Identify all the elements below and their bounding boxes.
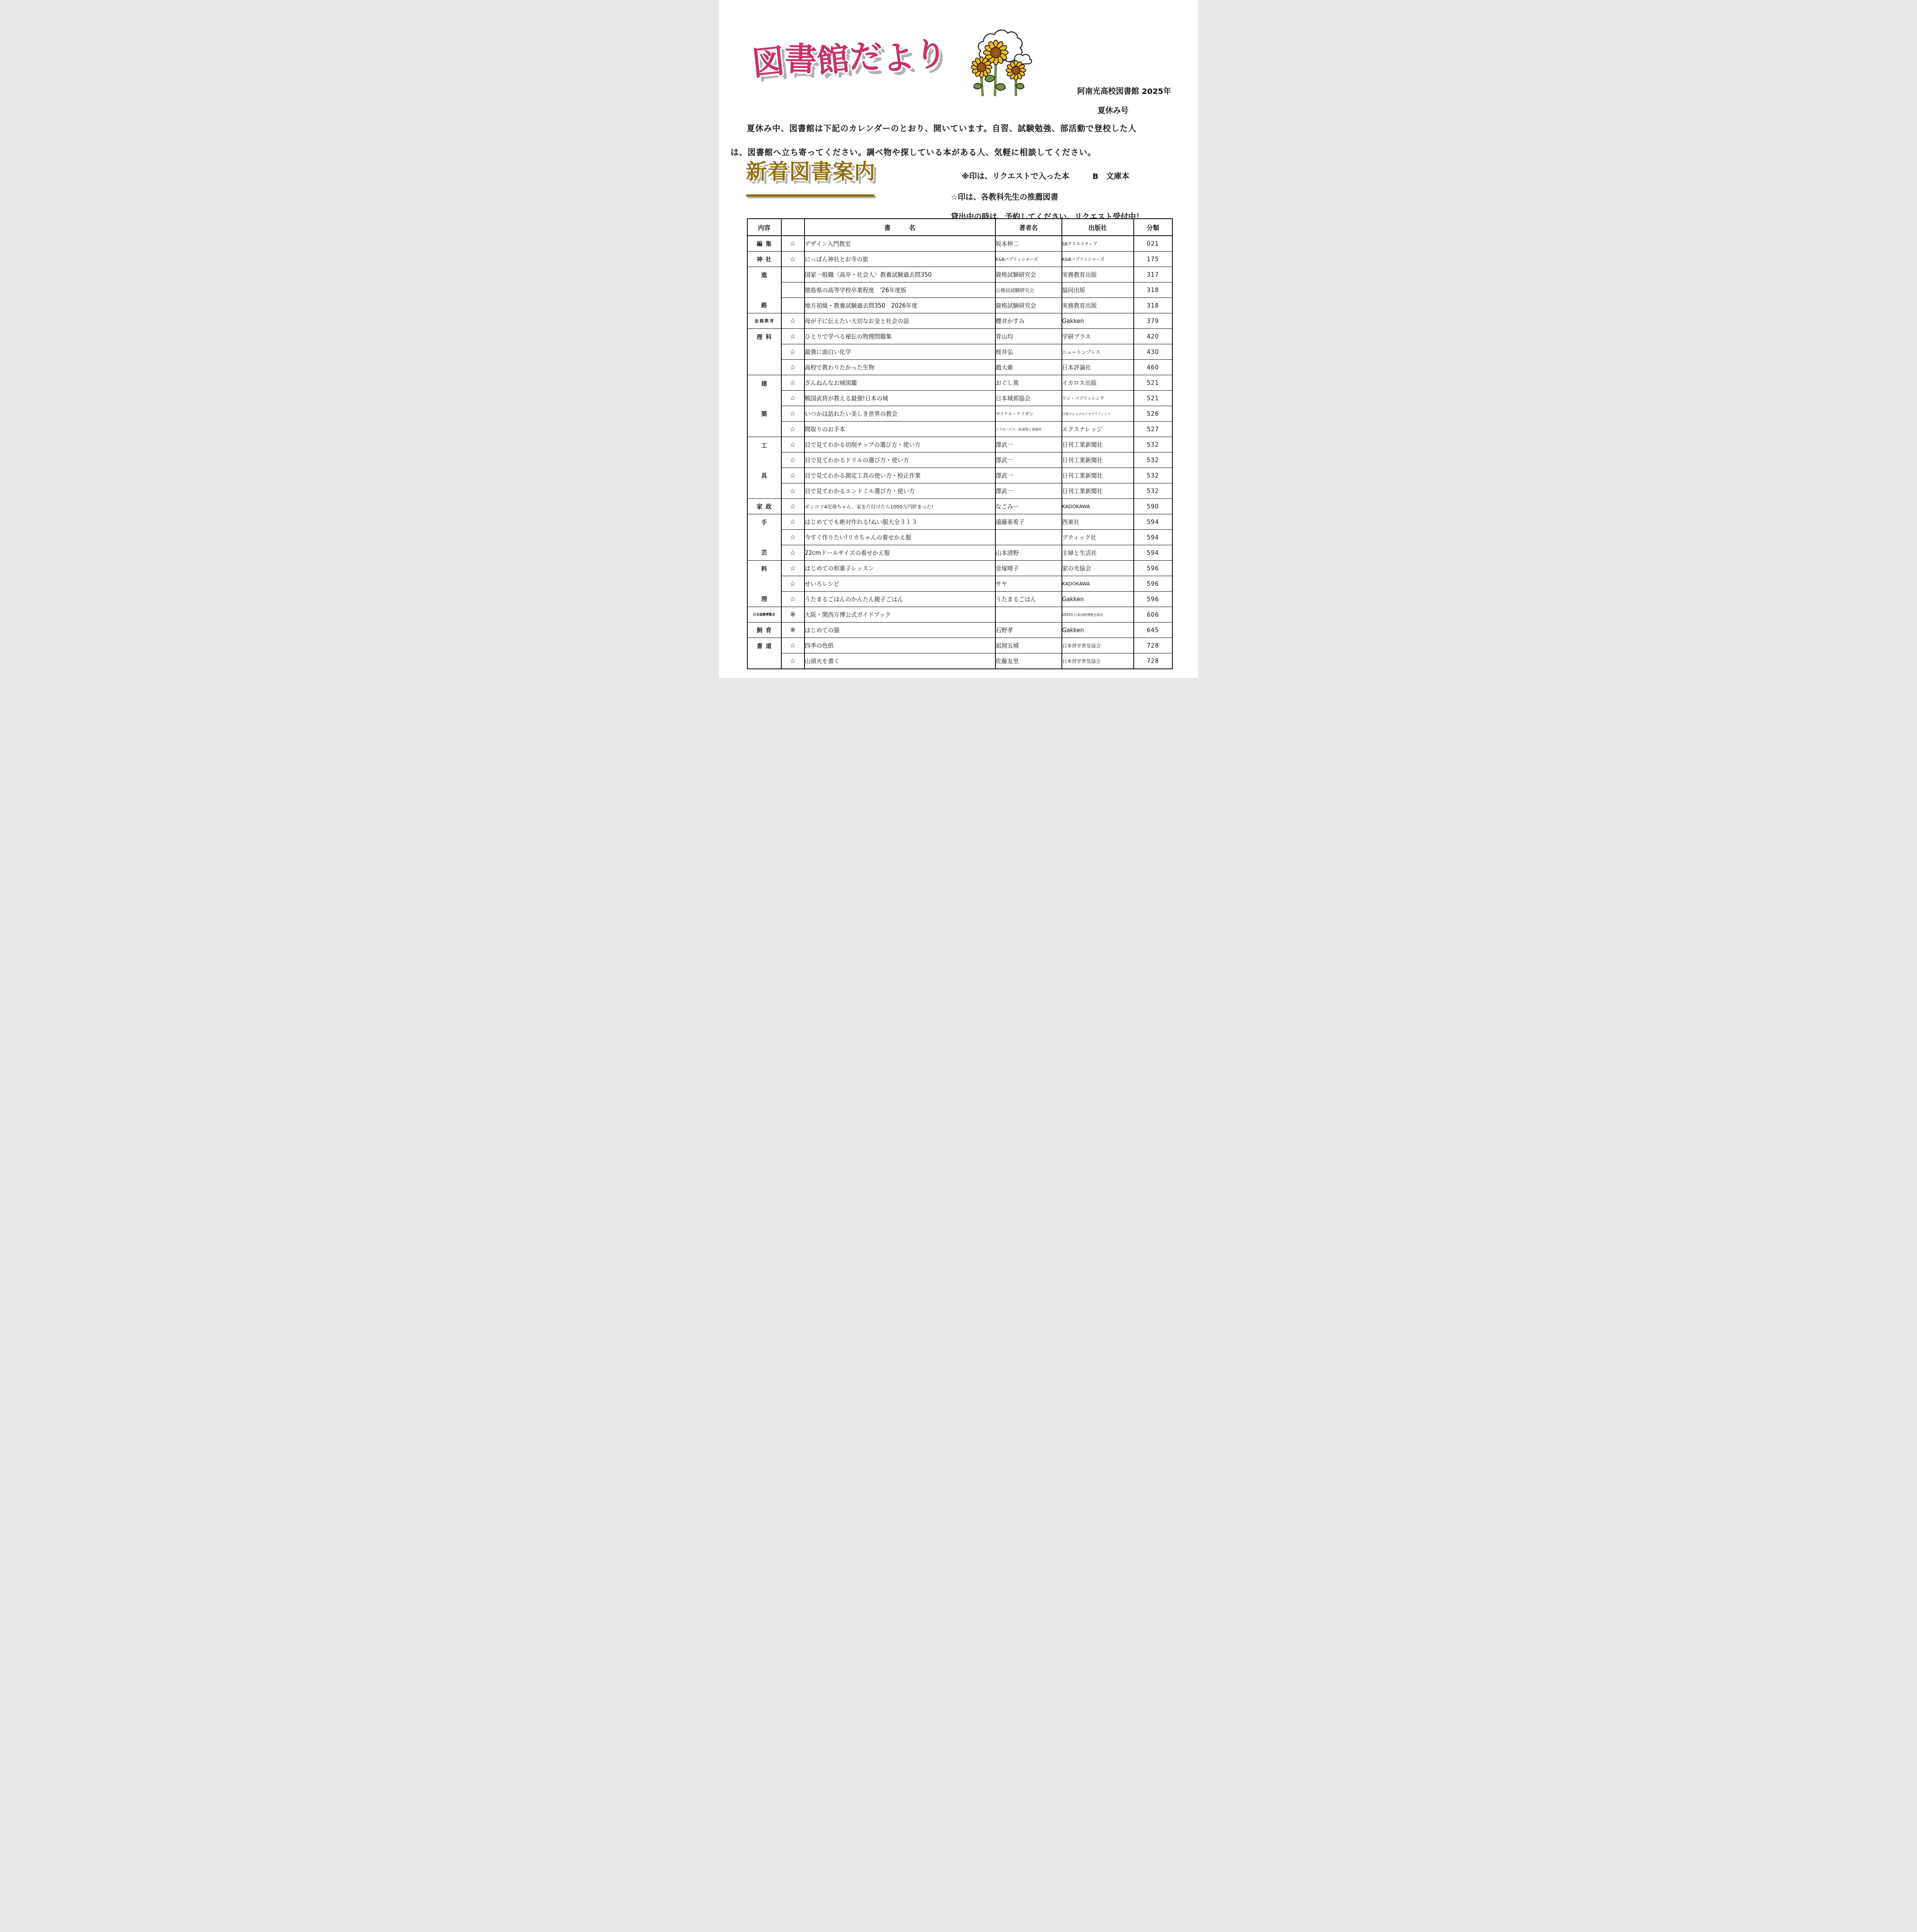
- header-publisher: 出版社: [1062, 219, 1134, 236]
- book-mark-cell: ☆: [781, 592, 805, 607]
- book-author-cell: 桜井弘: [995, 344, 1062, 360]
- table-row: ☆山頭火を書く佐藤友里日本習字普及協会728: [747, 653, 1172, 669]
- book-title-cell: 目で見てわかるエンドミル選び方・使い方: [805, 483, 995, 499]
- table-row: ☆せいろレシピサヤKADOKAWA596: [747, 576, 1172, 592]
- book-publisher-cell: 日刊工業新聞社: [1062, 437, 1134, 452]
- category-cell: 編集: [747, 236, 781, 252]
- book-title-cell: 間取りのお手本: [805, 422, 995, 437]
- book-publisher-cell: KADOKAWA: [1062, 576, 1134, 592]
- table-row: 飼育※はじめての猫石野孝Gakken645: [747, 622, 1172, 638]
- book-publisher-cell: イカロス出版: [1062, 375, 1134, 391]
- table-row: 金銭教育☆母が子に伝えたい大切なお金と社会の話櫻井かすみGakken379: [747, 313, 1172, 329]
- book-author-cell: サヤ: [995, 576, 1062, 592]
- sunflowers-clouds-illustration: [971, 27, 1033, 98]
- book-mark-cell: ※: [781, 622, 805, 638]
- book-mark-cell: ☆: [781, 313, 805, 329]
- table-row: 理科☆ひとりで学べる秘伝の物理問題集青山均学研プラス420: [747, 329, 1172, 344]
- book-code-cell: 596: [1134, 592, 1172, 607]
- book-publisher-cell: ブティック社: [1062, 530, 1134, 545]
- book-publisher-cell: ニュートンプレス: [1062, 344, 1134, 360]
- book-title-cell: はじめてでも絶対作れる!ぬい服大全３１３: [805, 514, 995, 530]
- book-mark-cell: ☆: [781, 561, 805, 576]
- table-row: 手芸☆はじめてでも絶対作れる!ぬい服大全３１３遠藤亜希子西東社594: [747, 514, 1172, 530]
- category-cell: 飼育: [747, 622, 781, 638]
- category-label: 書道: [748, 638, 781, 653]
- masthead-char: り: [914, 38, 947, 71]
- category-label: [748, 344, 781, 359]
- category-label: [748, 391, 781, 406]
- book-mark-cell: ※: [781, 607, 805, 622]
- book-title-cell: 最強に面白い化学: [805, 344, 995, 360]
- book-author-cell: 凪岡五城: [995, 638, 1062, 653]
- book-title-cell: ざんねんなお城図鑑: [805, 375, 995, 391]
- book-author-cell: 澤武一: [995, 437, 1062, 452]
- book-author-cell: 趙大衛: [995, 360, 1062, 375]
- category-label: 進: [748, 267, 781, 282]
- book-code-cell: 460: [1134, 360, 1172, 375]
- category-label: 神社: [748, 252, 781, 267]
- book-code-cell: 526: [1134, 406, 1172, 422]
- book-code-cell: 728: [1134, 638, 1172, 653]
- table-row: 徳島県の高等学校卒業程度 '26年度版公務員試験研究会協同出版318: [747, 282, 1172, 298]
- book-code-cell: 318: [1134, 298, 1172, 313]
- masthead-title: 図書館だより: [751, 38, 984, 78]
- book-publisher-cell: K&Bパブリッシャーズ: [1062, 252, 1134, 267]
- category-cell: 手芸: [747, 514, 781, 561]
- book-mark-cell: ☆: [781, 514, 805, 530]
- book-code-cell: 379: [1134, 313, 1172, 329]
- book-mark-cell: ☆: [781, 638, 805, 653]
- book-mark-cell: ☆: [781, 422, 805, 437]
- book-title-cell: 目で見てわかるドリルの選び方・使い方: [805, 452, 995, 468]
- table-row: ☆いつかは訪れたい美しき世界の教会マイケル・ケリガン日経ナショナルジオグラフィッ…: [747, 406, 1172, 422]
- book-code-cell: 532: [1134, 452, 1172, 468]
- table-row: ☆目で見てわかるエンドミル選び方・使い方澤武一日刊工業新聞社532: [747, 483, 1172, 499]
- category-cell: 工具: [747, 437, 781, 499]
- book-title-cell: 山頭火を書く: [805, 653, 995, 669]
- category-cell: 家政: [747, 499, 781, 514]
- book-author-cell: 遠藤亜希子: [995, 514, 1062, 530]
- note-star-mark: ☆印は、各教科先生の推薦図書: [951, 191, 1058, 202]
- book-title-cell: ひとりで学べる秘伝の物理問題集: [805, 329, 995, 344]
- category-label: 路: [748, 298, 781, 313]
- book-mark-cell: [781, 298, 805, 313]
- book-mark-cell: ☆: [781, 483, 805, 499]
- book-publisher-cell: エクスナレッジ: [1062, 422, 1134, 437]
- book-mark-cell: ☆: [781, 545, 805, 561]
- category-label: 築: [748, 406, 781, 421]
- book-author-cell: 澤武一: [995, 468, 1062, 483]
- book-publisher-cell: 2025年日本国際博覧会協会: [1062, 607, 1134, 622]
- book-publisher-cell: SBクリエイティブ: [1062, 236, 1134, 252]
- book-title-cell: はじめての猫: [805, 622, 995, 638]
- category-label: 家政: [748, 499, 781, 514]
- book-code-cell: 420: [1134, 329, 1172, 344]
- book-code-cell: 645: [1134, 622, 1172, 638]
- category-label: [748, 653, 781, 668]
- book-author-cell: 金塚晴子: [995, 561, 1062, 576]
- book-mark-cell: ☆: [781, 468, 805, 483]
- book-author-cell: 佐藤友里: [995, 653, 1062, 669]
- category-label: [748, 530, 781, 545]
- book-author-cell: なごみー: [995, 499, 1062, 514]
- book-code-cell: 532: [1134, 437, 1172, 452]
- heading-underline: [746, 194, 874, 197]
- table-row: 書道☆四季の色紙凪岡五城日本習字普及協会728: [747, 638, 1172, 653]
- category-label: 理: [748, 591, 781, 606]
- book-code-cell: 596: [1134, 561, 1172, 576]
- book-publisher-cell: ワン・パブリッシング: [1062, 391, 1134, 406]
- book-title-cell: 母が子に伝えたい大切なお金と社会の話: [805, 313, 995, 329]
- book-mark-cell: ☆: [781, 576, 805, 592]
- book-mark-cell: ☆: [781, 653, 805, 669]
- book-publisher-cell: Gakken: [1062, 592, 1134, 607]
- book-author-cell: 山本清野: [995, 545, 1062, 561]
- category-label: 具: [748, 468, 781, 483]
- book-publisher-cell: 西東社: [1062, 514, 1134, 530]
- category-label: 工: [748, 438, 781, 453]
- book-mark-cell: ☆: [781, 252, 805, 267]
- table-row: 家政☆ポンコツ4児母ちゃん、家を片付けたら1000万円貯まった!なごみーKADO…: [747, 499, 1172, 514]
- book-code-cell: 594: [1134, 530, 1172, 545]
- table-row: ☆間取りのお手本コラボハウス一級建築士事務所エクスナレッジ527: [747, 422, 1172, 437]
- book-code-cell: 594: [1134, 514, 1172, 530]
- book-author-cell: K&Bパブリッシャーズ: [995, 252, 1062, 267]
- header-category: 内容: [747, 219, 781, 236]
- book-title-cell: 徳島県の高等学校卒業程度 '26年度版: [805, 282, 995, 298]
- book-title-cell: 高校で教わりたかった生物: [805, 360, 995, 375]
- book-title-cell: 四季の色紙: [805, 638, 995, 653]
- book-code-cell: 596: [1134, 576, 1172, 592]
- book-mark-cell: ☆: [781, 452, 805, 468]
- book-publisher-cell: 家の光協会: [1062, 561, 1134, 576]
- new-books-heading: 新着図書案内: [746, 162, 876, 182]
- book-author-cell: 櫻井かすみ: [995, 313, 1062, 329]
- book-mark-cell: ☆: [781, 530, 805, 545]
- header-title: 書 名: [805, 219, 995, 236]
- book-publisher-cell: 日経ナショナルジオグラフィック: [1062, 406, 1134, 422]
- book-mark-cell: ☆: [781, 344, 805, 360]
- category-cell: 金銭教育: [747, 313, 781, 329]
- intro-line-2: は、図書館へ立ち寄ってください。調べ物や探している本がある人、気軽に相談してくだ…: [731, 146, 1175, 158]
- new-books-table: 内容 書 名 著者名 出版社 分類 編集☆デザイン入門教室坂本伸二SBクリエイテ…: [747, 218, 1173, 669]
- book-author-cell: 資格試験研究会: [995, 298, 1062, 313]
- book-code-cell: 021: [1134, 236, 1172, 252]
- book-publisher-cell: 協同出版: [1062, 282, 1134, 298]
- book-title-cell: 目で見てわかる測定工具の使い方・校正作業: [805, 468, 995, 483]
- table-row: ☆22cmドールサイズの着せかえ服山本清野主婦と生活社594: [747, 545, 1172, 561]
- book-title-cell: 目で見てわかる切削チップの選び方・使い方: [805, 437, 995, 452]
- book-code-cell: 590: [1134, 499, 1172, 514]
- masthead-char: 図: [750, 44, 786, 80]
- newsletter-page: 図書館だより: [719, 0, 1198, 678]
- book-code-cell: 532: [1134, 483, 1172, 499]
- book-title-cell: せいろレシピ: [805, 576, 995, 592]
- book-mark-cell: ☆: [781, 360, 805, 375]
- category-label: 編集: [748, 236, 781, 251]
- category-label: [748, 282, 781, 298]
- book-title-cell: ポンコツ4児母ちゃん、家を片付けたら1000万円貯まった!: [805, 499, 995, 514]
- book-title-cell: はじめての和菓子レッスン: [805, 561, 995, 576]
- book-author-cell: [995, 607, 1062, 622]
- book-author-cell: 澤武一: [995, 483, 1062, 499]
- book-code-cell: 317: [1134, 267, 1172, 282]
- category-label: 理科: [748, 329, 781, 344]
- book-title-cell: デザイン入門教室: [805, 236, 995, 252]
- table-row: ☆最強に面白い化学桜井弘ニュートンプレス430: [747, 344, 1172, 360]
- book-code-cell: 532: [1134, 468, 1172, 483]
- table-row: 地方初級・教養試験過去問350 2026年度資格試験研究会実務教育出版318: [747, 298, 1172, 313]
- book-author-cell: 青山均: [995, 329, 1062, 344]
- table-row: 編集☆デザイン入門教室坂本伸二SBクリエイティブ021: [747, 236, 1172, 252]
- book-publisher-cell: Gakken: [1062, 622, 1134, 638]
- book-code-cell: 728: [1134, 653, 1172, 669]
- category-label: [748, 359, 781, 374]
- book-code-cell: 521: [1134, 391, 1172, 406]
- book-publisher-cell: 日刊工業新聞社: [1062, 468, 1134, 483]
- book-mark-cell: ☆: [781, 406, 805, 422]
- book-publisher-cell: 日刊工業新聞社: [1062, 483, 1134, 499]
- book-code-cell: 606: [1134, 607, 1172, 622]
- category-cell: 理科: [747, 329, 781, 375]
- category-label: 芸: [748, 545, 781, 560]
- book-mark-cell: ☆: [781, 236, 805, 252]
- new-books-table-body: 編集☆デザイン入門教室坂本伸二SBクリエイティブ021神社☆にっぽん神社とお寺の…: [747, 236, 1172, 669]
- book-title-cell: 国家一般職〈高卒・社会人〉教養試験過去問350: [805, 267, 995, 282]
- category-label: 料: [748, 561, 781, 576]
- category-cell: 建築: [747, 375, 781, 437]
- masthead-char: だ: [849, 40, 882, 73]
- book-title-cell: 地方初級・教養試験過去問350 2026年度: [805, 298, 995, 313]
- category-cell: 神社: [747, 252, 781, 267]
- table-row: 神社☆にっぽん神社とお寺の旅K&BパブリッシャーズK&Bパブリッシャーズ175: [747, 252, 1172, 267]
- header-mark: [781, 219, 805, 236]
- masthead-char: 書: [784, 43, 817, 75]
- book-title-cell: いつかは訪れたい美しき世界の教会: [805, 406, 995, 422]
- category-label: [748, 576, 781, 591]
- book-author-cell: 坂本伸二: [995, 236, 1062, 252]
- book-publisher-cell: 主婦と生活社: [1062, 545, 1134, 561]
- book-author-cell: 公務員試験研究会: [995, 282, 1062, 298]
- book-publisher-cell: 日本習字普及協会: [1062, 638, 1134, 653]
- book-title-cell: にっぽん神社とお寺の旅: [805, 252, 995, 267]
- book-title-cell: 22cmドールサイズの着せかえ服: [805, 545, 995, 561]
- book-mark-cell: ☆: [781, 375, 805, 391]
- book-mark-cell: [781, 282, 805, 298]
- book-mark-cell: ☆: [781, 437, 805, 452]
- book-author-cell: 石野孝: [995, 622, 1062, 638]
- table-row: ☆うたまるごはんのかんたん親子ごはんうたまるごはんGakken596: [747, 592, 1172, 607]
- category-cell: 進路: [747, 267, 781, 313]
- book-author-cell: コラボハウス一級建築士事務所: [995, 422, 1062, 437]
- category-label: [748, 483, 781, 498]
- book-publisher-cell: 実務教育出版: [1062, 298, 1134, 313]
- book-author-cell: 資格試験研究会: [995, 267, 1062, 282]
- book-author-cell: うたまるごはん: [995, 592, 1062, 607]
- table-row: ☆高校で教わりたかった生物趙大衛日本評論社460: [747, 360, 1172, 375]
- book-mark-cell: ☆: [781, 329, 805, 344]
- book-code-cell: 521: [1134, 375, 1172, 391]
- book-code-cell: 527: [1134, 422, 1172, 437]
- book-mark-cell: ☆: [781, 391, 805, 406]
- table-row: ☆戦国武将が教える最強!日本の城日本城郭協会ワン・パブリッシング521: [747, 391, 1172, 406]
- category-label: 飼育: [748, 622, 781, 638]
- book-publisher-cell: 日刊工業新聞社: [1062, 452, 1134, 468]
- book-code-cell: 175: [1134, 252, 1172, 267]
- category-label: [748, 421, 781, 436]
- book-author-cell: 澤武一: [995, 452, 1062, 468]
- library-name-year: 阿南光高校図書館 2025年: [1053, 85, 1171, 96]
- header-code: 分類: [1134, 219, 1172, 236]
- category-label: 手: [748, 515, 781, 530]
- book-code-cell: 430: [1134, 344, 1172, 360]
- category-label: 金銭教育: [748, 313, 781, 328]
- category-cell: 日本国際博覧会: [747, 607, 781, 622]
- book-author-cell: 日本城郭協会: [995, 391, 1062, 406]
- table-row: 料理☆はじめての和菓子レッスン金塚晴子家の光協会596: [747, 561, 1172, 576]
- book-author-cell: おぐし篤: [995, 375, 1062, 391]
- table-header-row: 内容 書 名 著者名 出版社 分類: [747, 219, 1172, 236]
- book-publisher-cell: 実務教育出版: [1062, 267, 1134, 282]
- book-title-cell: うたまるごはんのかんたん親子ごはん: [805, 592, 995, 607]
- category-label: 建: [748, 376, 781, 391]
- book-publisher-cell: 日本習字普及協会: [1062, 653, 1134, 669]
- book-publisher-cell: Gakken: [1062, 313, 1134, 329]
- category-label: 日本国際博覧会: [748, 607, 781, 622]
- table-row: ☆今すぐ作りたい!リカちゃんの着せかえ服ブティック社594: [747, 530, 1172, 545]
- table-row: 進路国家一般職〈高卒・社会人〉教養試験過去問350資格試験研究会実務教育出版31…: [747, 267, 1172, 282]
- header-author: 著者名: [995, 219, 1062, 236]
- issue-label: 夏休み号: [1098, 104, 1133, 116]
- book-title-cell: 戦国武将が教える最強!日本の城: [805, 391, 995, 406]
- table-row: ☆目で見てわかる測定工具の使い方・校正作業澤武一日刊工業新聞社532: [747, 468, 1172, 483]
- table-row: 工具☆目で見てわかる切削チップの選び方・使い方澤武一日刊工業新聞社532: [747, 437, 1172, 452]
- masthead-char: よ: [880, 40, 916, 75]
- category-label: [748, 453, 781, 468]
- book-code-cell: 318: [1134, 282, 1172, 298]
- category-cell: 料理: [747, 561, 781, 607]
- table-row: ☆目で見てわかるドリルの選び方・使い方澤武一日刊工業新聞社532: [747, 452, 1172, 468]
- table-row: 日本国際博覧会※大阪・関西万博公式ガイドブック2025年日本国際博覧会協会606: [747, 607, 1172, 622]
- book-publisher-cell: 学研プラス: [1062, 329, 1134, 344]
- book-author-cell: マイケル・ケリガン: [995, 406, 1062, 422]
- book-publisher-cell: KADOKAWA: [1062, 499, 1134, 514]
- category-cell: 書道: [747, 638, 781, 669]
- book-title-cell: 今すぐ作りたい!リカちゃんの着せかえ服: [805, 530, 995, 545]
- book-title-cell: 大阪・関西万博公式ガイドブック: [805, 607, 995, 622]
- masthead-char: 館: [815, 42, 851, 78]
- book-mark-cell: ☆: [781, 499, 805, 514]
- note-request-mark: ※印は、リクエストで入った本 B 文庫本: [962, 170, 1129, 181]
- book-author-cell: [995, 530, 1062, 545]
- book-mark-cell: [781, 267, 805, 282]
- book-code-cell: 594: [1134, 545, 1172, 561]
- intro-line-1: 夏休み中、図書館は下記のカレンダーのとおり、開いています。自習、試験勉強、部活動…: [731, 122, 1191, 134]
- table-row: 建築☆ざんねんなお城図鑑おぐし篤イカロス出版521: [747, 375, 1172, 391]
- book-publisher-cell: 日本評論社: [1062, 360, 1134, 375]
